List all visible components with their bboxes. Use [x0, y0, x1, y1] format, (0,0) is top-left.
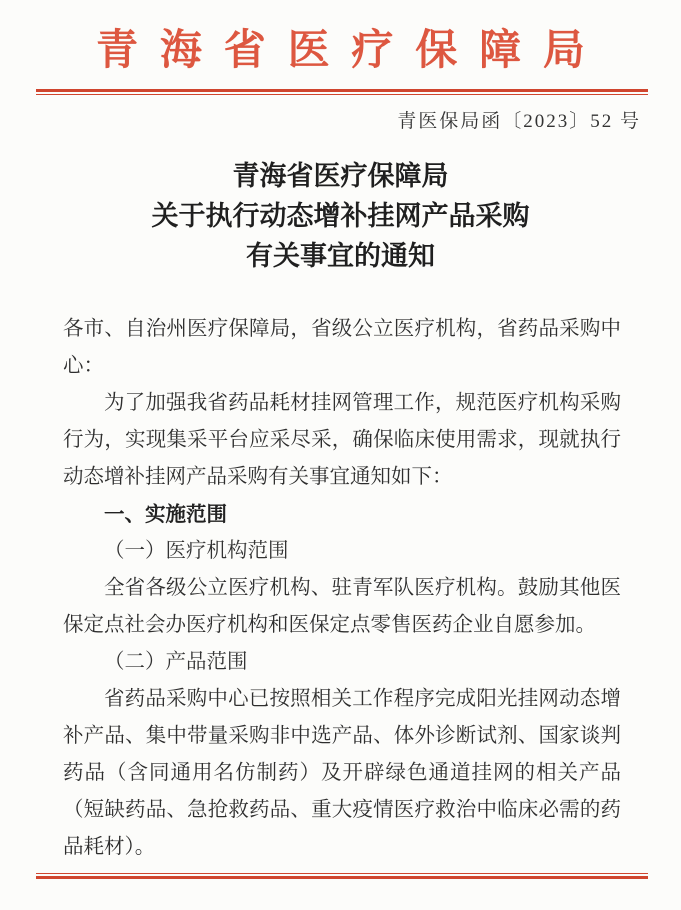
- document-title-line-3: 有关事宜的通知: [0, 236, 681, 276]
- subsection-1-2-text: 省药品采购中心已按照相关工作程序完成阳光挂网动态增补产品、集中带量采购非中选产品…: [63, 681, 621, 866]
- footer-red-rule: [36, 873, 648, 879]
- document-body: 各市、自治州医疗保障局，省级公立医疗机构，省药品采购中心： 为了加强我省药品耗材…: [63, 311, 621, 866]
- document-title: 青海省医疗保障局 关于执行动态增补挂网产品采购 有关事宜的通知: [0, 156, 681, 276]
- subsection-1-2-heading: （二）产品范围: [63, 644, 621, 681]
- document-number: 青医保局函〔2023〕52 号: [397, 106, 641, 133]
- section-1-heading: 一、实施范围: [63, 496, 621, 533]
- subsection-1-1-heading: （一）医疗机构范围: [63, 533, 621, 570]
- intro-paragraph: 为了加强我省药品耗材挂网管理工作，规范医疗机构采购行为，实现集采平台应采尽采，确…: [63, 385, 621, 496]
- document-title-line-1: 青海省医疗保障局: [0, 156, 681, 196]
- agency-name-header: 青海省医疗保障局: [0, 22, 681, 80]
- document-title-line-2: 关于执行动态增补挂网产品采购: [0, 196, 681, 236]
- document-page: 青海省医疗保障局 青医保局函〔2023〕52 号 青海省医疗保障局 关于执行动态…: [0, 0, 681, 910]
- header-red-rule: [36, 89, 648, 95]
- salutation: 各市、自治州医疗保障局，省级公立医疗机构，省药品采购中心：: [63, 311, 621, 385]
- subsection-1-1-text: 全省各级公立医疗机构、驻青军队医疗机构。鼓励其他医保定点社会办医疗机构和医保定点…: [63, 570, 621, 644]
